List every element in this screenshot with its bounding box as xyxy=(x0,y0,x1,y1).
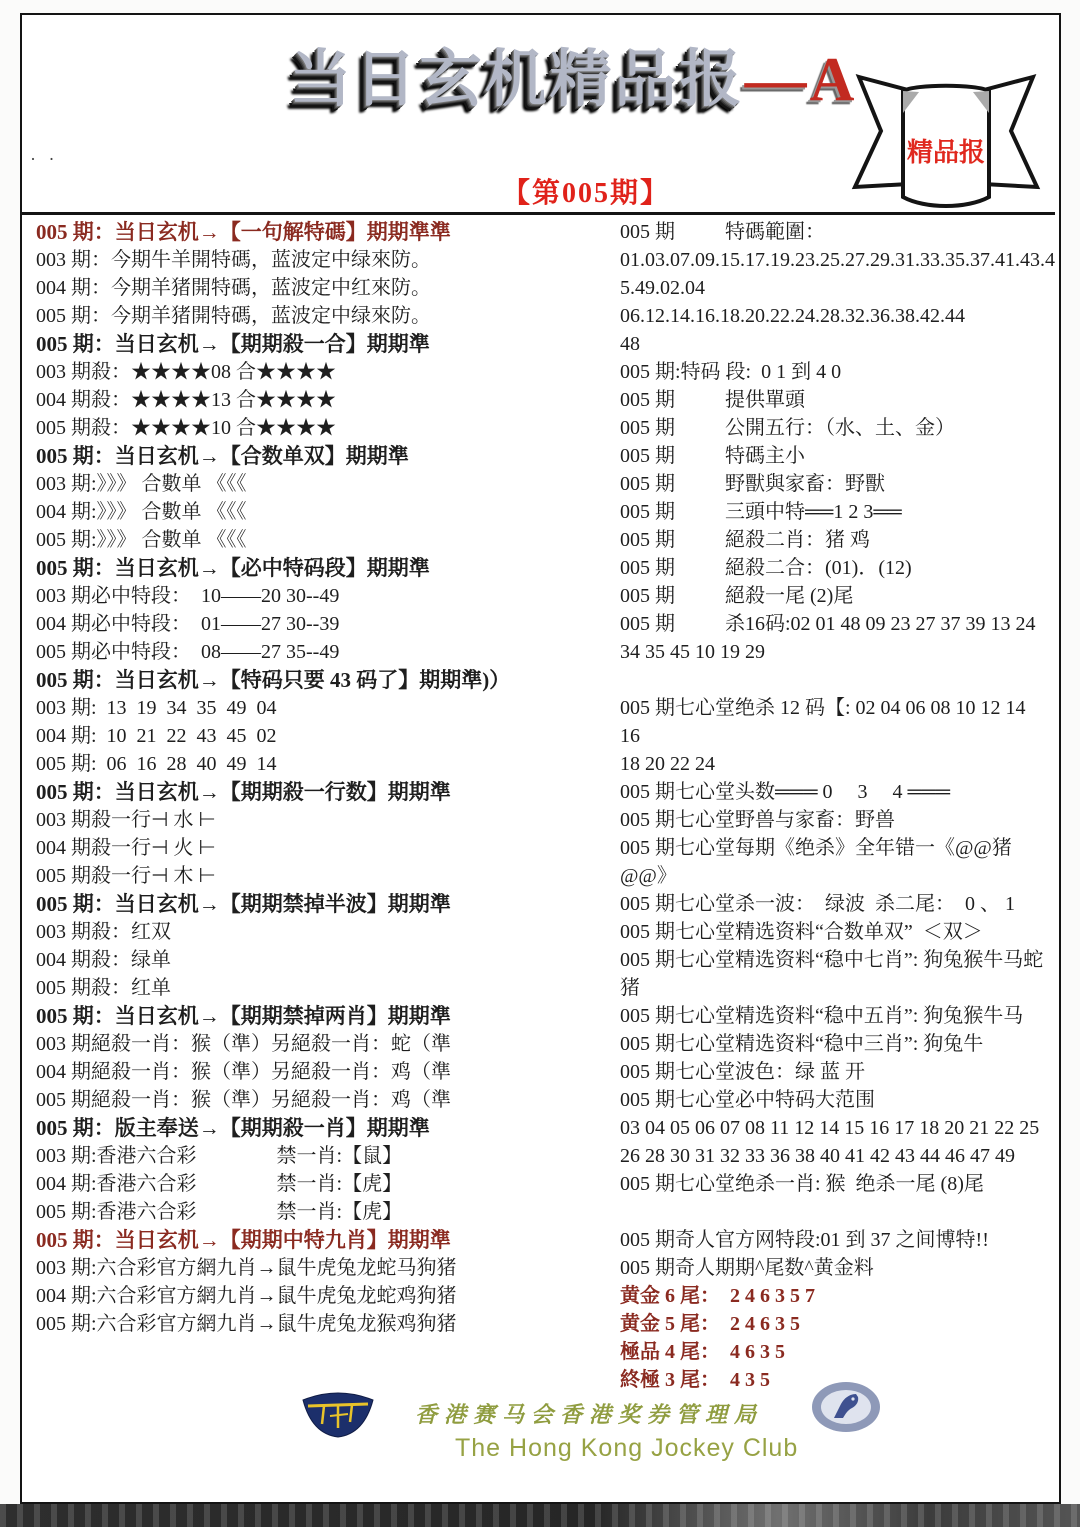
text-line: 黄金 5 尾： 2 4 6 3 5 xyxy=(620,1310,1050,1338)
page-title-suffix: —A xyxy=(745,46,858,114)
text-line: 48 xyxy=(620,330,1050,358)
text-line: 005 期：当日玄机→【期期中特九肖】期期準 xyxy=(36,1226,556,1254)
header: · · 当日玄机精品报—A 【第005期】 精品报 xyxy=(22,15,1055,215)
text-line: 005 期七心堂头数═══ 0 3 4 ═══ xyxy=(620,778,1050,806)
text-line: 005 期 絕殺二肖：猪 鸡 xyxy=(620,526,1050,554)
text-line: 005 期：当日玄机→【期期殺一合】期期準 xyxy=(36,330,556,358)
corner-dots: · · xyxy=(30,149,59,170)
text-line: 005 期奇人期期^尾数^黄金料 xyxy=(620,1254,1050,1282)
text-line: 005 期：当日玄机→【一句解特碼】期期準準 xyxy=(36,218,556,246)
text-line: 005 期 三頭中特══1 2 3══ xyxy=(620,498,1050,526)
text-line: 003 期:》》》 合數单 《《《 xyxy=(36,470,556,498)
text-line: 005 期 提供單頭 xyxy=(620,386,1050,414)
text-line: 004 期殺一行⊣ 火 ⊢ xyxy=(36,834,556,862)
text-line: 5.49.02.04 06.12.14.16.18.20.22.24.28.32… xyxy=(620,274,1050,330)
text-line: 005 期:特码 段: 0 1 到 4 0 xyxy=(620,358,1050,386)
text-line: 005 期：当日玄机→【期期殺一行数】期期準 xyxy=(36,778,556,806)
text-line: 005 期殺：红单 xyxy=(36,974,556,1002)
text-line: 005 期：今期羊猪開特碼，蓝波定中绿來防。 xyxy=(36,302,556,330)
text-line: 005 期七心堂精选资料“合数单双” ＜双＞ xyxy=(620,918,1050,946)
jockey-club-name-chinese: 香港赛马会香港奖券管理局 xyxy=(415,1398,775,1429)
text-line: 004 期:六合彩官方網九肖→鼠牛虎兔龙蛇鸡狗猪 xyxy=(36,1282,556,1310)
text-line: 005 期七心堂必中特码大范围 xyxy=(620,1086,1050,1114)
text-line: 005 期 野獸與家畜：野獸 xyxy=(620,470,1050,498)
text-line: 005 期七心堂野兽与家畜：野兽 xyxy=(620,806,1050,834)
text-line: 005 期 杀16码:02 01 48 09 23 27 37 39 13 24 xyxy=(620,610,1050,638)
text-line: 03 04 05 06 07 08 11 12 14 15 16 17 18 2… xyxy=(620,1114,1050,1142)
text-line: 003 期必中特段： 10——20 30--49 xyxy=(36,582,556,610)
text-line: 005 期：当日玄机→【合数单双】期期準 xyxy=(36,442,556,470)
text-line: 003 期殺：红双 xyxy=(36,918,556,946)
text-line: 004 期殺：绿单 xyxy=(36,946,556,974)
text-line: 極品 4 尾： 4 6 3 5 xyxy=(620,1338,1050,1366)
bottom-cutoff-strip xyxy=(0,1504,1080,1527)
text-line: 005 期 特碼主小 xyxy=(620,442,1050,470)
text-line: 003 期絕殺一肖：猴（準）另絕殺一肖：蛇（準 xyxy=(36,1030,556,1058)
text-line: 黄金 6 尾： 2 4 6 3 5 7 xyxy=(620,1282,1050,1310)
text-line: 005 期:》》》 合數单 《《《 xyxy=(36,526,556,554)
text-line: 004 期絕殺一肖：猴（準）另絕殺一肖：鸡（準 xyxy=(36,1058,556,1086)
banner-ribbon-icon: 精品报 xyxy=(845,69,1047,219)
text-line: 005 期殺：★★★★10 合★★★★ xyxy=(36,414,556,442)
text-line xyxy=(620,1198,1050,1226)
text-line: 005 期：当日玄机→【必中特码段】期期準 xyxy=(36,554,556,582)
text-line: 005 期:香港六合彩 禁一肖:【虎】 xyxy=(36,1198,556,1226)
text-line: 003 期: 13 19 34 35 49 04 xyxy=(36,694,556,722)
text-line: 005 期七心堂波色：绿 蓝 开 xyxy=(620,1058,1050,1086)
text-line: 005 期七心堂绝杀 12 码【: 02 04 06 08 10 12 14 1… xyxy=(620,694,1050,750)
page-title-main: 当日玄机精品报 xyxy=(290,46,745,114)
text-line: 005 期殺一行⊣ 木 ⊢ xyxy=(36,862,556,890)
jockey-club-bowl-logo-icon xyxy=(300,1390,376,1445)
text-line: 004 期: 10 21 22 43 45 02 xyxy=(36,722,556,750)
left-column: 005 期：当日玄机→【一句解特碼】期期準準003 期：今期牛羊開特碼，蓝波定中… xyxy=(36,218,556,1338)
text-line: 005 期 絕殺一尾 (2)尾 xyxy=(620,582,1050,610)
text-line: 003 期:六合彩官方網九肖→鼠牛虎兔龙蛇马狗猪 xyxy=(36,1254,556,1282)
text-line: 003 期殺一行⊣ 水 ⊢ xyxy=(36,806,556,834)
text-line: 34 35 45 10 19 29 xyxy=(620,638,1050,666)
text-line: 26 28 30 31 32 33 36 38 40 41 42 43 44 4… xyxy=(620,1142,1050,1170)
footer: 香港赛马会香港奖券管理局 The Hong Kong Jockey Club xyxy=(0,1378,1080,1478)
jockey-club-name-english: The Hong Kong Jockey Club xyxy=(455,1434,795,1463)
jockey-club-oval-horse-logo-icon xyxy=(810,1380,882,1439)
text-line: 005 期: 06 16 28 40 49 14 xyxy=(36,750,556,778)
text-line: 005 期七心堂绝杀一肖: 猴 绝杀一尾 (8)尾 xyxy=(620,1170,1050,1198)
text-line: 005 期七心堂精选资料“稳中五肖”: 狗兔猴牛马 xyxy=(620,1002,1050,1030)
text-line: 005 期:六合彩官方網九肖→鼠牛虎兔龙猴鸡狗猪 xyxy=(36,1310,556,1338)
right-column: 005 期 特碼範圍：01.03.07.09.15.17.19.23.25.27… xyxy=(620,218,1050,1394)
text-line: 004 期：今期羊猪開特碼，蓝波定中红來防。 xyxy=(36,274,556,302)
text-line: 004 期:》》》 合數单 《《《 xyxy=(36,498,556,526)
text-line: 005 期絕殺一肖：猴（準）另絕殺一肖：鸡（準 xyxy=(36,1086,556,1114)
text-line: 005 期：当日玄机→【期期禁掉半波】期期準 xyxy=(36,890,556,918)
text-line: 005 期：当日玄机→【期期禁掉两肖】期期準 xyxy=(36,1002,556,1030)
text-line: 005 期七心堂精选资料“稳中七肖”: 狗兔猴牛马蛇 xyxy=(620,946,1050,974)
text-line: 005 期：版主奉送→【期期殺一肖】期期準 xyxy=(36,1114,556,1142)
text-line: 003 期殺：★★★★08 合★★★★ xyxy=(36,358,556,386)
text-line: 005 期七心堂每期《绝杀》全年错一《@@猪@@》 xyxy=(620,834,1050,890)
text-line: 005 期必中特段： 08——27 35--49 xyxy=(36,638,556,666)
text-line: 003 期:香港六合彩 禁一肖:【鼠】 xyxy=(36,1142,556,1170)
text-line: 18 20 22 24 xyxy=(620,750,1050,778)
text-line: 003 期：今期牛羊開特碼，蓝波定中绿來防。 xyxy=(36,246,556,274)
text-line: 005 期 特碼範圍： xyxy=(620,218,1050,246)
text-line: 004 期:香港六合彩 禁一肖:【虎】 xyxy=(36,1170,556,1198)
text-line xyxy=(620,666,1050,694)
text-line: 005 期 公開五行：（水、土、金） xyxy=(620,414,1050,442)
text-line: 005 期 絕殺二合：(01)．(12) xyxy=(620,554,1050,582)
text-line: 005 期：当日玄机→【特码只要 43 码了】期期準)） xyxy=(36,666,556,694)
text-line: 01.03.07.09.15.17.19.23.25.27.29.31.33.3… xyxy=(620,246,1050,274)
text-line: 004 期必中特段： 01——27 30--39 xyxy=(36,610,556,638)
text-line: 004 期殺：★★★★13 合★★★★ xyxy=(36,386,556,414)
text-line: 005 期七心堂精选资料“稳中三肖”: 狗兔牛 xyxy=(620,1030,1050,1058)
text-line: 猪 xyxy=(620,974,1050,1002)
text-line: 005 期七心堂杀一波： 绿波 杀二尾： 0 、 1 xyxy=(620,890,1050,918)
banner-label: 精品报 xyxy=(907,137,985,167)
text-line: 005 期奇人官方网特段:01 到 37 之间博特!! xyxy=(620,1226,1050,1254)
